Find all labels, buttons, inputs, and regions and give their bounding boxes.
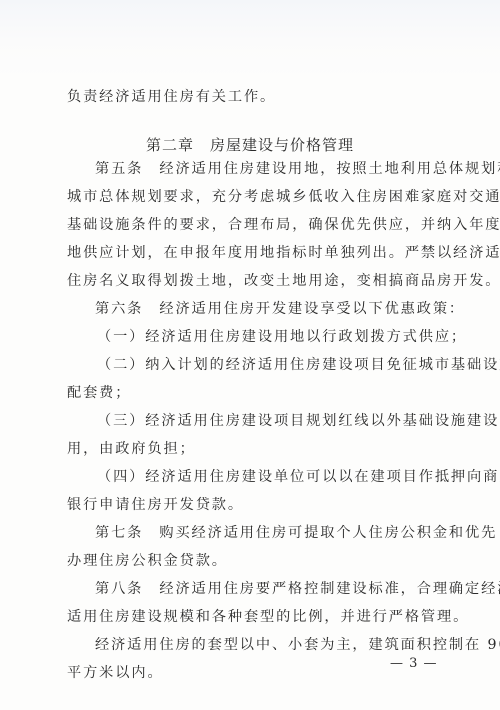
paragraph-line: 城市总体规划要求，充分考虑城乡低收入住房困难家庭对交通等 (67, 188, 500, 206)
paragraph-line: 第六条 经济适用住房开发建设享受以下优惠政策： (95, 300, 465, 318)
paragraph-line: 基础设施条件的要求，合理布局，确保优先供应，并纳入年度土 (67, 216, 500, 234)
paragraph-line: 第五条 经济适用住房建设用地，按照土地利用总体规划和 (95, 160, 500, 178)
paragraph-line: 办理住房公积金贷款。 (67, 552, 228, 570)
paragraph-line: 住房名义取得划拨土地，改变土地用途，变相搞商品房开发。 (67, 272, 500, 290)
page-number: — 3 — (390, 656, 438, 671)
paragraph-line: （二）纳入计划的经济适用住房建设项目免征城市基础设施 (97, 356, 500, 374)
paragraph-line: 第八条 经济适用住房要严格控制建设标准，合理确定经济 (95, 580, 500, 598)
paragraph-line: 经济适用住房的套型以中、小套为主，建筑面积控制在 90 (95, 636, 500, 654)
paragraph-line: 平方米以内。 (67, 664, 164, 682)
paragraph-line: （四）经济适用住房建设单位可以以在建项目作抵押向商业 (97, 468, 500, 486)
chapter-heading: 第二章 房屋建设与价格管理 (0, 134, 500, 155)
paragraph-line: 第七条 购买经济适用住房可提取个人住房公积金和优先 (95, 524, 497, 542)
paragraph-line: 适用住房建设规模和各种套型的比例，并进行严格管理。 (67, 608, 469, 626)
paragraph-line: 配套费； (67, 384, 131, 402)
paragraph-line: （三）经济适用住房建设项目规划红线以外基础设施建设费 (97, 412, 500, 430)
paragraph-line: 用，由政府负担； (67, 440, 196, 458)
paragraph-line: 银行申请住房开发贷款。 (67, 496, 244, 514)
intro-line: 负责经济适用住房有关工作。 (67, 88, 276, 106)
document-page: 负责经济适用住房有关工作。 第二章 房屋建设与价格管理 第五条 经济适用住房建设… (0, 0, 500, 710)
paragraph-line: （一）经济适用住房建设用地以行政划拨方式供应； (97, 328, 467, 346)
paragraph-line: 地供应计划，在申报年度用地指标时单独列出。严禁以经济适用 (67, 244, 500, 262)
